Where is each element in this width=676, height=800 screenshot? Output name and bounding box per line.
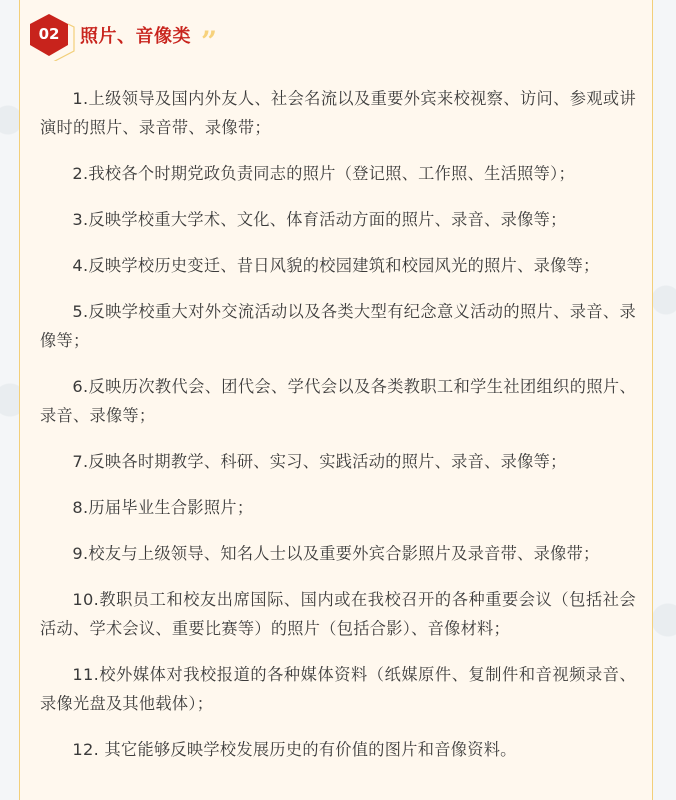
list-item: 1.上级领导及国内外友人、社会名流以及重要外宾来校视察、访问、参观或讲演时的照片… <box>40 84 636 142</box>
list-item: 2.我校各个时期党政负责同志的照片（登记照、工作照、生活照等）； <box>40 159 636 188</box>
list-item: 4.反映学校历史变迁、昔日风貌的校园建筑和校园风光的照片、录像等； <box>40 251 636 280</box>
list-item: 7.反映各时期教学、科研、实习、实践活动的照片、录音、录像等； <box>40 447 636 476</box>
section-title: 照片、音像类 <box>80 22 191 48</box>
item-list: 1.上级领导及国内外友人、社会名流以及重要外宾来校视察、访问、参观或讲演时的照片… <box>40 84 636 781</box>
section-number: 02 <box>30 13 68 55</box>
list-item: 5.反映学校重大对外交流活动以及各类大型有纪念意义活动的照片、录音、录像等； <box>40 297 636 355</box>
list-item: 10.教职员工和校友出席国际、国内或在我校召开的各种重要会议（包括社会活动、学术… <box>40 585 636 643</box>
list-item: 12. 其它能够反映学校发展历史的有价值的图片和音像资料。 <box>40 735 636 764</box>
list-item: 3.反映学校重大学术、文化、体育活动方面的照片、录音、录像等； <box>40 205 636 234</box>
closing-quote-icon: ” <box>201 28 217 48</box>
list-item: 11.校外媒体对我校报道的各种媒体资料（纸媒原件、复制件和音视频录音、录像光盘及… <box>40 660 636 718</box>
list-item: 6.反映历次教代会、团代会、学代会以及各类教职工和学生社团组织的照片、录音、录像… <box>40 372 636 430</box>
content-card: 02 照片、音像类 ” 1.上级领导及国内外友人、社会名流以及重要外宾来校视察、… <box>19 0 653 800</box>
list-item: 9.校友与上级领导、知名人士以及重要外宾合影照片及录音带、录像带； <box>40 539 636 568</box>
list-item: 8.历届毕业生合影照片； <box>40 493 636 522</box>
section-number-badge: 02 <box>30 13 74 57</box>
section-header: 02 照片、音像类 ” <box>30 14 217 56</box>
